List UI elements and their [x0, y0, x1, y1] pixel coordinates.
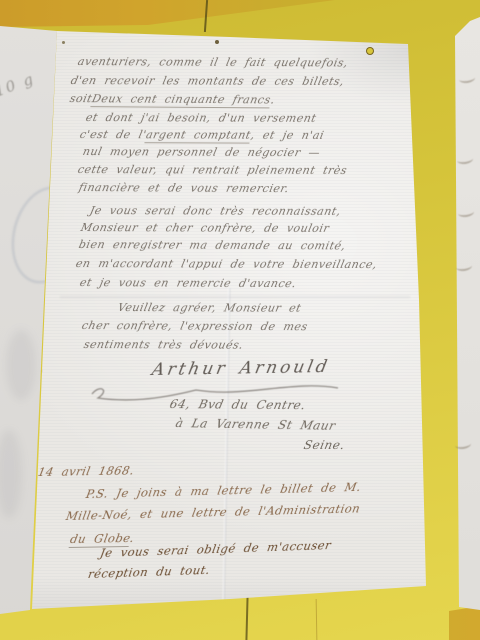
address-line-3: Seine.: [304, 438, 345, 452]
handwriting-text: Je vous serai donc très reconnaissant,: [89, 204, 343, 218]
handwriting-text: et dont j'ai besoin, d'un versement: [85, 111, 318, 125]
body-line-9: Je vous serai donc très reconnaissant,: [90, 204, 341, 218]
body-line-10: Monsieur et cher confrère, de vouloir: [81, 221, 329, 235]
handwriting-text: sentiments très dévoués.: [83, 338, 245, 352]
postscript-line-1: P.S. Je joins à ma lettre le billet de M…: [86, 480, 361, 501]
handwriting-text: réception du tout.: [87, 563, 211, 581]
postscript-date: 14 avril 1868.: [38, 463, 134, 479]
body-line-2: d'en recevoir les montants de ces billet…: [71, 74, 344, 88]
handwriting-text: financière et de vous remercier.: [78, 181, 291, 195]
handwriting-text: à La Varenne St Maur: [174, 416, 337, 433]
handwriting-text: soit: [69, 92, 94, 105]
body-line-4: et dont j'ai besoin, d'un versement: [86, 111, 316, 125]
body-line-11: bien enregistrer ma demande au comité,: [79, 238, 346, 252]
postscript-line-2: Mille-Noé, et une lettre de l'Administra…: [66, 501, 360, 523]
closing-line-3: sentiments très dévoués.: [84, 338, 243, 352]
handwriting-text: d'en recevoir les montants de ces billet…: [70, 74, 346, 88]
body-line-8: financière et de vous remercier.: [79, 181, 289, 195]
signature-flourish-icon: [86, 376, 348, 404]
body-line-13: et je vous en remercie d'avance.: [80, 276, 296, 290]
body-line-12: en m'accordant l'appui de votre bienveil…: [76, 257, 377, 271]
handwriting-text: P.S. Je joins à ma lettre le billet de M…: [85, 480, 363, 501]
body-line-3: soit Deux cent cinquante francs.: [70, 92, 275, 108]
handwriting-text: aventuriers, comme il le fait quelquefoi…: [77, 55, 350, 69]
body-line-6: nul moyen personnel de négocier —: [83, 145, 320, 159]
address-line-2: à La Varenne St Maur: [176, 416, 336, 433]
handwriting-text: Mille-Noé, et une lettre de l'Administra…: [65, 501, 362, 523]
body-line-5: c'est de l'argent comptant, et je n'ai: [80, 128, 324, 144]
handwriting-text: Veuillez agréer, Monsieur et: [117, 301, 303, 315]
handwriting-text: cher confrère, l'expression de mes: [81, 319, 310, 333]
handwriting-text: .: [129, 531, 136, 545]
body-line-7: cette valeur, qui rentrait pleinement tr…: [78, 163, 347, 177]
handwriting-text: Seine.: [303, 438, 347, 452]
closing-line-2: cher confrère, l'expression de mes: [82, 319, 308, 333]
handwriting-text: 14 avril 1868.: [37, 463, 136, 479]
handwriting-layer: aventuriers, comme il le fait quelquefoi…: [0, 0, 480, 640]
handwriting-text: cette valeur, qui rentrait pleinement tr…: [77, 163, 349, 177]
postscript-line-5: réception du tout.: [88, 563, 210, 581]
handwriting-text: nul moyen personnel de négocier —: [82, 145, 322, 159]
handwriting-text: Deux cent cinquante francs: [91, 92, 273, 108]
handwriting-text: Monsieur et cher confrère, de vouloir: [80, 221, 331, 235]
body-line-1: aventuriers, comme il le fait quelquefoi…: [78, 55, 348, 69]
letter-photograph: 10 g aventuriers, comme il le fait quelq…: [0, 0, 480, 640]
handwriting-text: en m'accordant l'appui de votre bienveil…: [75, 257, 379, 271]
handwriting-text: , et je n'ai: [250, 129, 326, 142]
handwriting-text: et je vous en remercie d'avance.: [79, 276, 298, 290]
handwriting-text: argent comptant: [145, 128, 253, 143]
handwriting-text: c'est de l': [79, 128, 148, 141]
closing-line-1: Veuillez agréer, Monsieur et: [118, 301, 301, 315]
handwriting-text: bien enregistrer ma demande au comité,: [78, 238, 347, 252]
